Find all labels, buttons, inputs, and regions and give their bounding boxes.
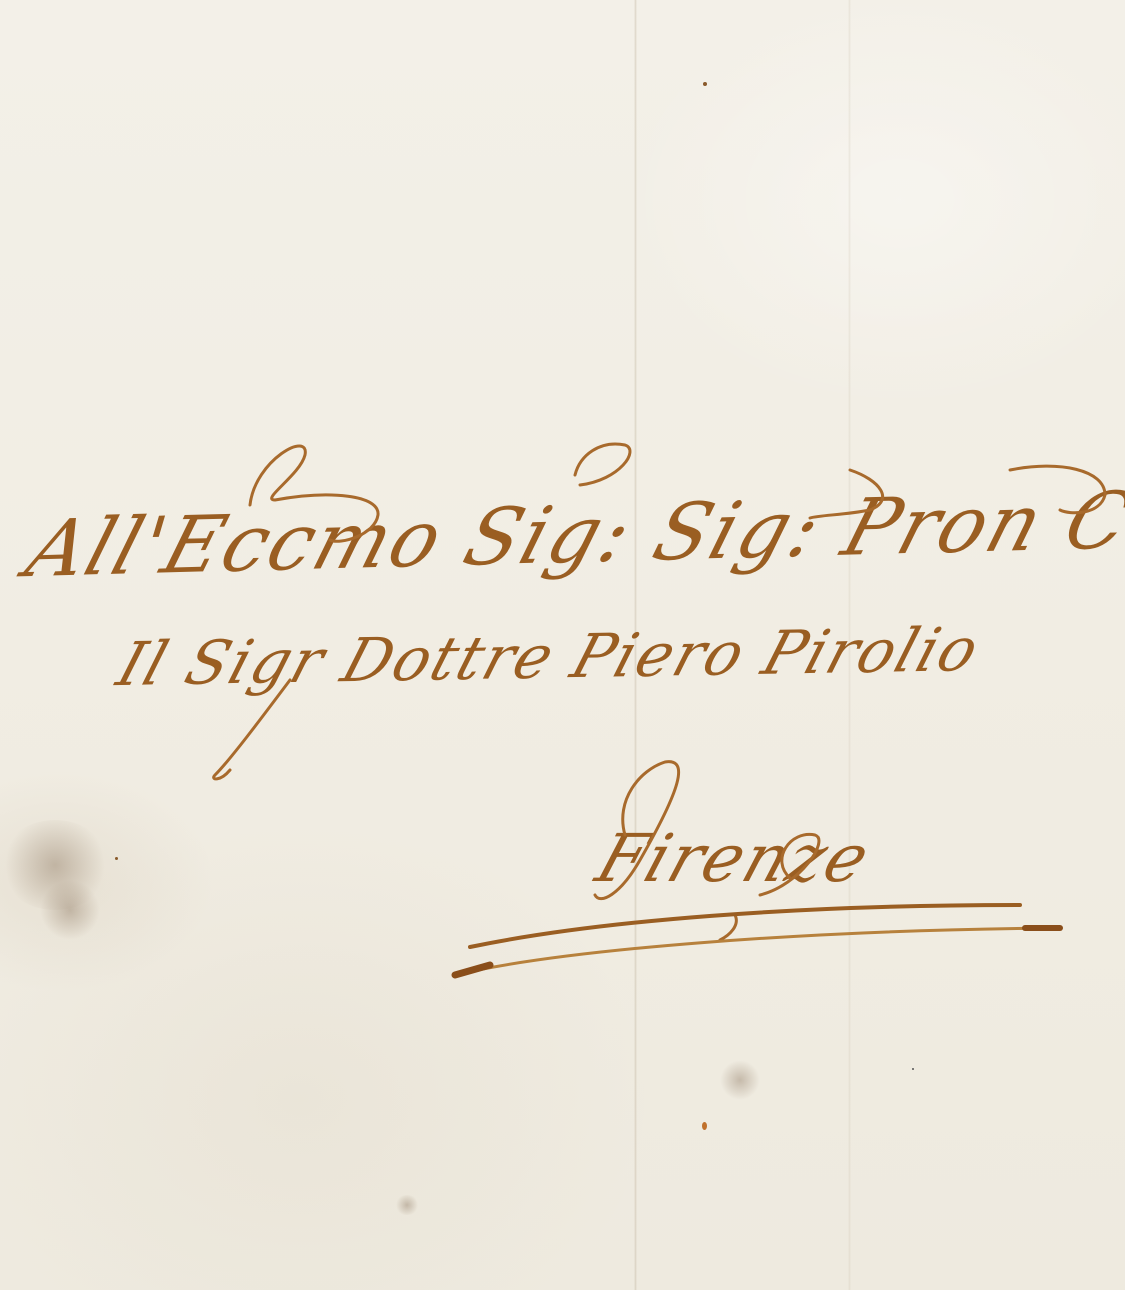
ink-speck [703,82,707,86]
ink-speck [912,1068,914,1070]
foxing-stain [40,880,100,940]
address-line-city: Firenze [587,820,880,897]
foxing-stain [720,1060,760,1100]
address-line-recipient-name: Il Sigr Dottre Piero Pirolio [109,615,988,700]
underline-upper [470,905,1020,947]
ink-speck [115,857,118,860]
document-page: All'Eccmo Sig: Sig: Pron Colmo Il Sigr D… [0,0,1125,1290]
underline-lower [455,928,1060,975]
foxing-stain [395,1195,419,1215]
address-line-recipient-title: All'Eccmo Sig: Sig: Pron Colmo [17,471,1125,596]
ink-speck [702,1122,707,1130]
